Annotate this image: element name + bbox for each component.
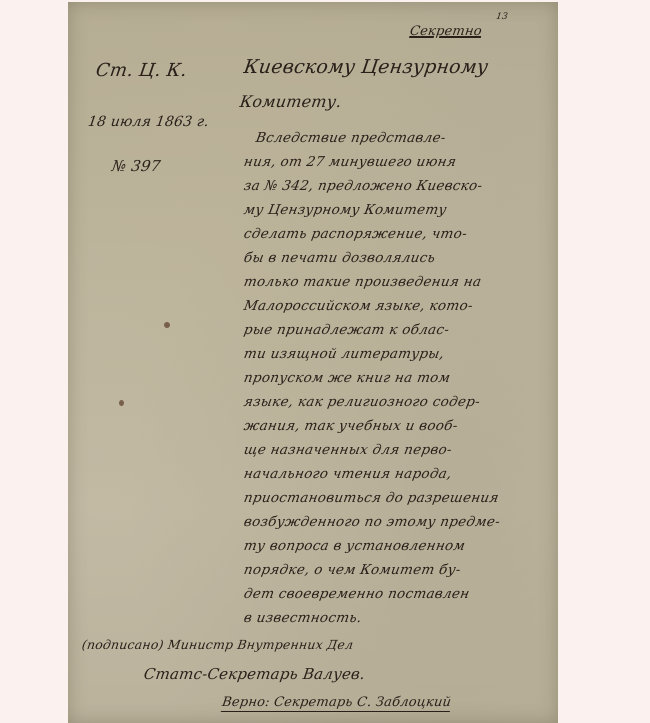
- body-line: за № 342, предложено Киевско-: [243, 178, 484, 194]
- body-line: сделать распоряжение, что-: [243, 226, 469, 242]
- body-line: порядке, о чем Комитет бу-: [243, 562, 462, 578]
- body-line: языке, как религиозного содер-: [243, 394, 482, 410]
- margin-date: 18 июля 1863 г.: [87, 114, 210, 130]
- body-line: му Цензурному Комитету: [243, 202, 448, 218]
- body-line: начального чтения народа,: [243, 466, 454, 482]
- paper-stain: [119, 400, 124, 406]
- body-line: только такие произведения на: [243, 274, 483, 290]
- body-line: ту вопроса в установленном: [243, 538, 467, 554]
- body-line: бы в печати дозволялись: [243, 250, 437, 266]
- body-line: пропуском же книг на том: [243, 370, 452, 386]
- signature-line-certified: Верно: Секретарь С. Заблоцкий: [221, 695, 452, 712]
- margin-office: Ст. Ц. К.: [95, 60, 189, 81]
- body-line: возбужденного по этому предме-: [243, 514, 502, 530]
- body-line: дет своевременно поставлен: [243, 586, 471, 602]
- signature-line-valuev: Статс-Секретарь Валуев.: [143, 665, 367, 683]
- body-line: рые принадлежат к облас-: [243, 322, 451, 338]
- margin-number: № 397: [111, 157, 162, 175]
- body-line: ще назначенных для перво-: [243, 442, 454, 458]
- body-line: в известность.: [243, 610, 363, 626]
- addressee-line-1: Киевскому Цензурному: [242, 56, 489, 78]
- secret-mark: Секретно: [409, 24, 483, 39]
- body-line: Малороссийском языке, кото-: [243, 298, 475, 314]
- body-line: приостановиться до разрешения: [243, 490, 501, 506]
- body-line: ния, от 27 минувшего июня: [243, 154, 458, 170]
- body-line: Вследствие представле-: [255, 130, 448, 146]
- body-line: жания, так учебных и вооб-: [243, 418, 459, 434]
- signature-line-minister: (подписано) Министр Внутренних Дел: [81, 637, 354, 652]
- paper-stain: [164, 322, 170, 328]
- body-line: ти изящной литературы,: [243, 346, 446, 362]
- addressee-line-2: Комитету.: [239, 92, 343, 111]
- folio-number: 13: [495, 12, 508, 22]
